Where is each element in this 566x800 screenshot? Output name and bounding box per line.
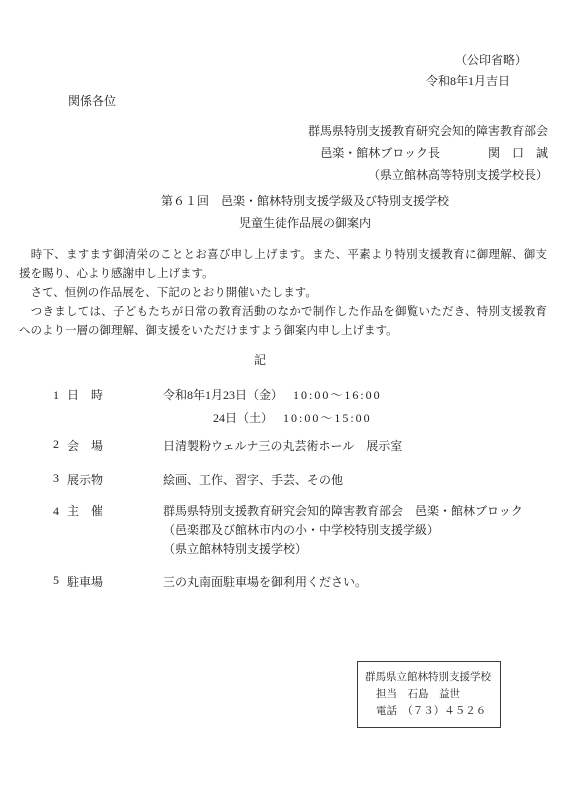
item-content: 日清製粉ウェルナ三の丸芸術ホール 展示室 [163,437,402,454]
sender-block: 群馬県特別支援教育研究会知的障害教育部会 邑楽・館林ブロック長 関 口 誠 （県… [308,120,548,186]
title-line-1: 第６１回 邑楽・館林特別支援学級及び特別支援学校 [22,190,566,212]
organizer-sub-2: （県立館林特別支援学校） [163,540,523,559]
item-content: 群馬県特別支援教育研究会知的障害教育部会 邑楽・館林ブロック （邑楽郡及び館林市… [163,502,523,559]
organizer-sub-1: （邑楽郡及び館林市内の小・中学校特別支援学級） [163,521,523,540]
contact-school: 群馬県立館林特別支援学校 [365,669,500,686]
item-content: 三の丸南面駐車場を御利用ください。 [163,573,367,590]
issue-date: 令和8年1月吉日 [426,72,510,89]
item-number: 3 [53,471,67,488]
paragraph-greeting: 時下、ますます御清栄のこととお喜び申し上げます。また、平素より特別支援教育に御理… [19,246,547,284]
list-item-parking: 5 駐車場 三の丸南面駐車場を御利用ください。 [53,573,367,590]
organizer-main: 群馬県特別支援教育研究会知的障害教育部会 邑楽・館林ブロック [163,502,523,521]
event-time-day1: 10:00～16:00 [293,388,382,402]
title-line-2: 児童生徒作品展の御案内 [22,212,566,234]
list-item-organizer: 4 主 催 群馬県特別支援教育研究会知的障害教育部会 邑楽・館林ブロック （邑楽… [53,502,523,559]
list-item-datetime: 1 日 時 令和8年1月23日（金）10:00～16:00 24日（土）10:0… [53,384,382,430]
ki-marker: 記 [0,351,520,368]
item-label: 会 場 [67,437,163,454]
addressee: 関係各位 [68,92,116,109]
paragraph-announcement: さて、恒例の作品展を、下記のとおり開催いたします。 [19,284,547,303]
event-date-day2: 24日（土） [213,411,273,425]
document-title: 第６１回 邑楽・館林特別支援学級及び特別支援学校 児童生徒作品展の御案内 [22,190,566,234]
list-item-venue: 2 会 場 日清製粉ウェルナ三の丸芸術ホール 展示室 [53,437,402,454]
list-item-exhibits: 3 展示物 絵画、工作、習字、手芸、その他 [53,471,343,488]
item-label: 主 催 [67,502,163,559]
item-content: 絵画、工作、習字、手芸、その他 [163,471,343,488]
item-number: 5 [53,573,67,590]
item-label: 展示物 [67,471,163,488]
contact-box: 群馬県立館林特別支援学校 担当 石島 益世 電話 （７３）４５２６ [357,661,501,728]
contact-phone: 電話 （７３）４５２６ [365,703,500,720]
contact-person: 担当 石島 益世 [365,686,500,703]
event-time-day2: 10:00～15:00 [283,411,372,425]
sender-role-note: （県立館林高等特別支援学校長） [308,164,548,186]
event-date-day1: 令和8年1月23日（金） [163,388,283,402]
item-number: 4 [53,502,67,559]
item-label: 駐車場 [67,573,163,590]
seal-omitted-note: （公印省略） [455,51,527,68]
sender-role-and-name: 邑楽・館林ブロック長 関 口 誠 [308,142,548,164]
item-number: 2 [53,437,67,454]
document-page: （公印省略） 令和8年1月吉日 関係各位 群馬県特別支援教育研究会知的障害教育部… [0,0,566,800]
item-label: 日 時 [67,384,163,430]
item-number: 1 [53,384,67,430]
paragraph-invitation: つきましては、子どもたちが日常の教育活動のなかで制作した作品を御覧いただき、特別… [19,303,547,341]
sender-organization: 群馬県特別支援教育研究会知的障害教育部会 [308,120,548,142]
body-paragraphs: 時下、ますます御清栄のこととお喜び申し上げます。また、平素より特別支援教育に御理… [19,246,547,341]
item-content: 令和8年1月23日（金）10:00～16:00 24日（土）10:00～15:0… [163,384,382,430]
